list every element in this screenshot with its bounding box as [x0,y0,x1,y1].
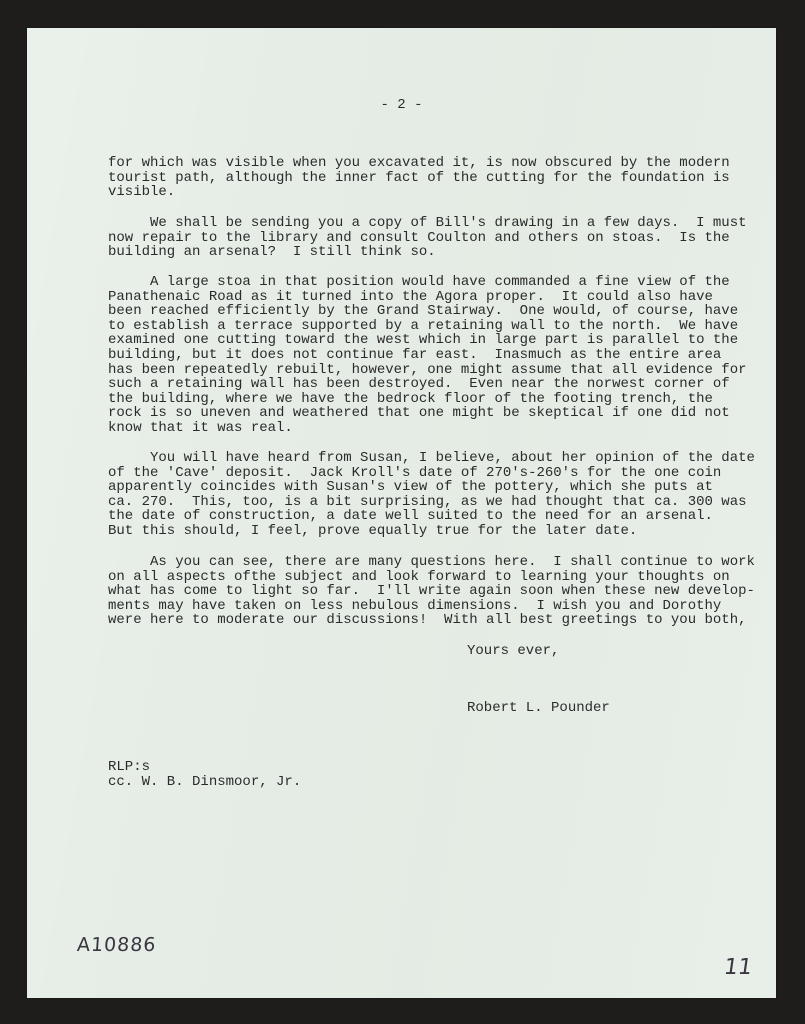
text-line: building an arsenal? I still think so. [108,245,747,260]
closing-text: Yours ever, [467,644,559,659]
page-number: - 2 - [27,97,776,113]
text-line: of the 'Cave' deposit. Jack Kroll's date… [108,466,755,481]
typist-initials: RLP:s [108,760,301,775]
paragraph-2: We shall be sending you a copy of Bill's… [108,216,747,260]
text-line: on all aspects ofthe subject and look fo… [108,570,755,585]
paragraph-3: A large stoa in that position would have… [108,275,747,436]
paragraph-1: for which was visible when you excavated… [108,156,730,200]
handwritten-archive-id: A10886 [76,934,157,956]
text-line: now repair to the library and consult Co… [108,231,747,246]
paragraph-5: As you can see, there are many questions… [108,555,755,628]
text-line: such a retaining wall has been destroyed… [108,377,747,392]
text-line: ca. 270. This, too, is a bit surprising,… [108,495,755,510]
text-line: to establish a terrace supported by a re… [108,319,747,334]
text-line: has been repeatedly rebuilt, however, on… [108,363,747,378]
text-line: tourist path, although the inner fact of… [108,171,730,186]
paragraph-4: You will have heard from Susan, I believ… [108,451,755,539]
text-line: A large stoa in that position would have… [108,275,747,290]
text-line: been reached efficiently by the Grand St… [108,304,747,319]
text-line: You will have heard from Susan, I believ… [108,451,755,466]
text-line: for which was visible when you excavated… [108,156,730,171]
closing: Yours ever, [467,644,559,659]
reference-block: RLP:s cc. W. B. Dinsmoor, Jr. [108,760,301,789]
text-line: what has come to light so far. I'll writ… [108,584,755,599]
text-line: apparently coincides with Susan's view o… [108,480,755,495]
text-line: the date of construction, a date well su… [108,509,755,524]
text-line: know that it was real. [108,421,747,436]
text-line: building, but it does not continue far e… [108,348,747,363]
text-line: As you can see, there are many questions… [108,555,755,570]
letter-page: - 2 - for which was visible when you exc… [27,28,776,998]
text-line: rock is so uneven and weathered that one… [108,406,747,421]
text-line: But this should, I feel, prove equally t… [108,524,755,539]
text-line: were here to moderate our discussions! W… [108,613,755,628]
text-line: We shall be sending you a copy of Bill's… [108,216,747,231]
text-line: visible. [108,185,730,200]
signature: Robert L. Pounder [467,701,610,716]
text-line: Panathenaic Road as it turned into the A… [108,290,747,305]
text-line: the building, where we have the bedrock … [108,392,747,407]
text-line: ments may have taken on less nebulous di… [108,599,755,614]
cc-line: cc. W. B. Dinsmoor, Jr. [108,775,301,790]
signature-name: Robert L. Pounder [467,701,610,716]
text-line: examined one cutting toward the west whi… [108,333,747,348]
handwritten-page-number: 11 [722,955,754,980]
